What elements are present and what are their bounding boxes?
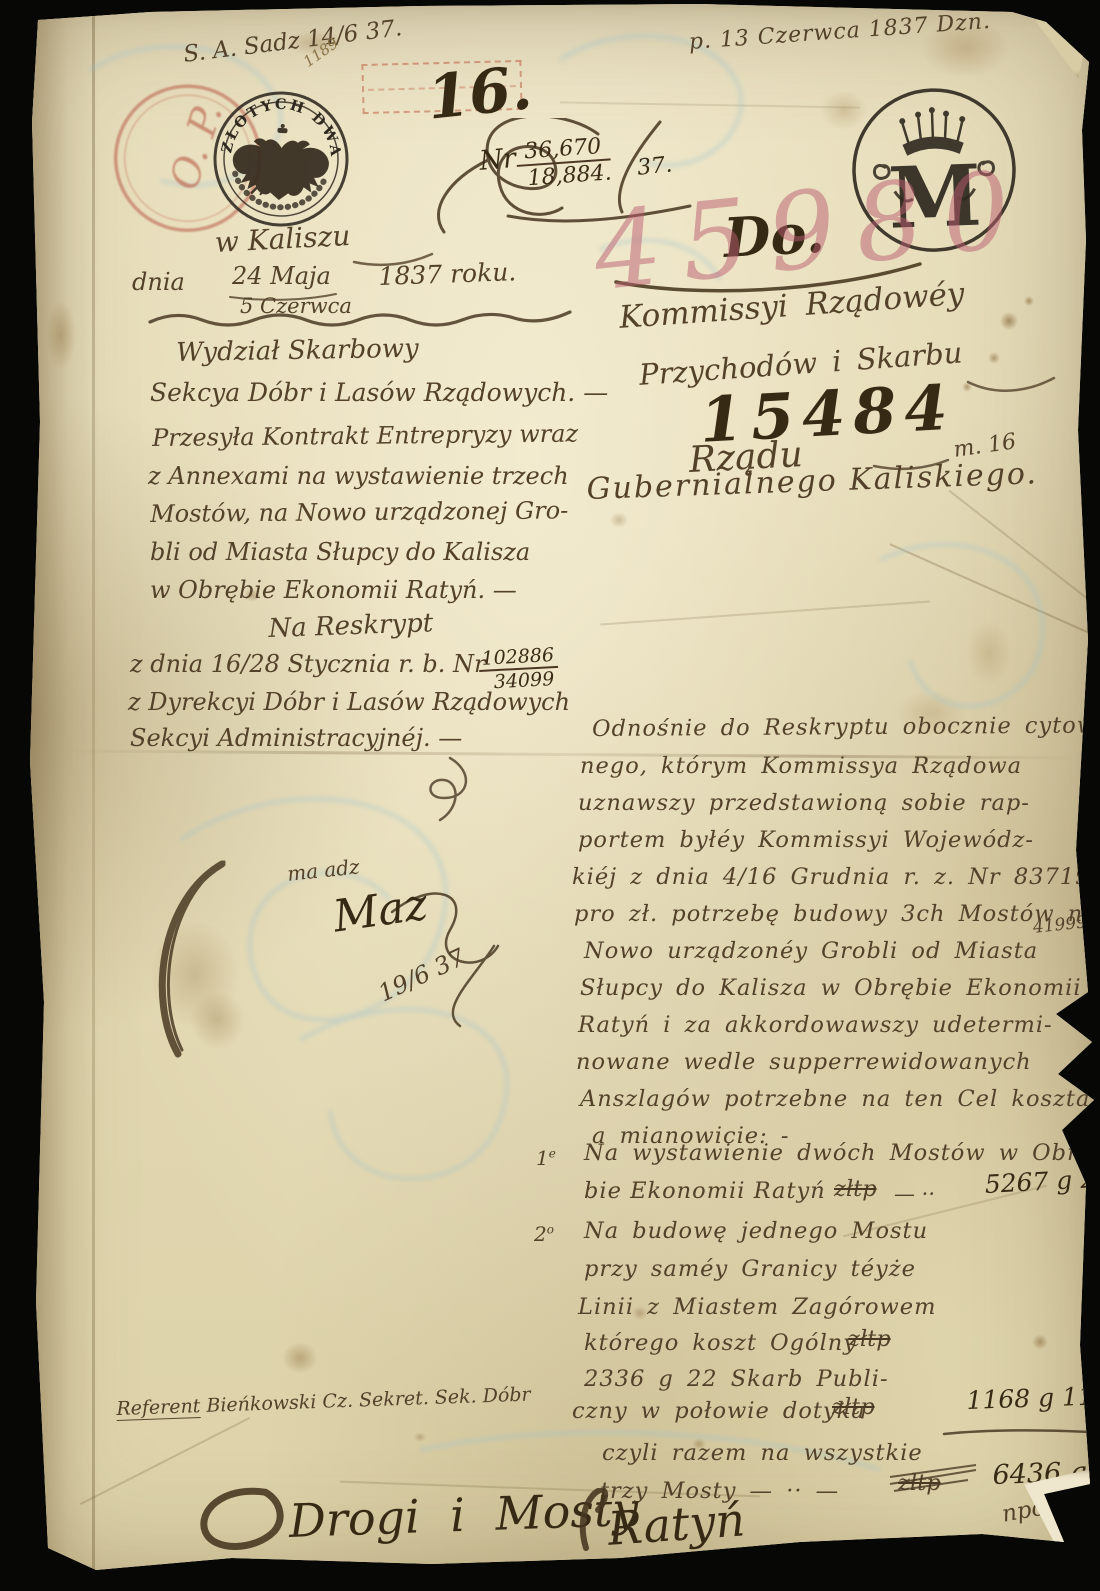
manuscript-page: O. P. ZŁOTYCH DWA M [0,0,1100,1591]
total-strike-scribble [888,1462,980,1496]
letterhead-rule [146,302,576,330]
address-to-flourish [608,252,928,298]
place-underline-flourish [352,246,436,270]
photograph-backdrop: O. P. ZŁOTYCH DWA M [0,0,1100,1591]
item2-amount-underline [942,1426,1094,1438]
fee-stamp-zlotych-dwa: ZŁOTYCH DWA [202,80,360,238]
reskrypt-number-bottom: 34099 [479,668,559,694]
docket-number-fraction: 36,670 18,884. [515,133,612,191]
red-frame-stamp [361,60,522,114]
red-frame-stamp-line [368,85,516,91]
reskrypt-flourish [420,754,484,828]
docket-letter-stroke [574,1488,610,1554]
date-underline [228,290,340,302]
margin-paraph [142,850,562,1080]
address-dash [872,452,952,476]
address-line-tail [966,372,1058,402]
reskrypt-number-fraction: 102886 34099 [478,644,559,694]
monogram-stamp-m: M [839,77,1035,264]
